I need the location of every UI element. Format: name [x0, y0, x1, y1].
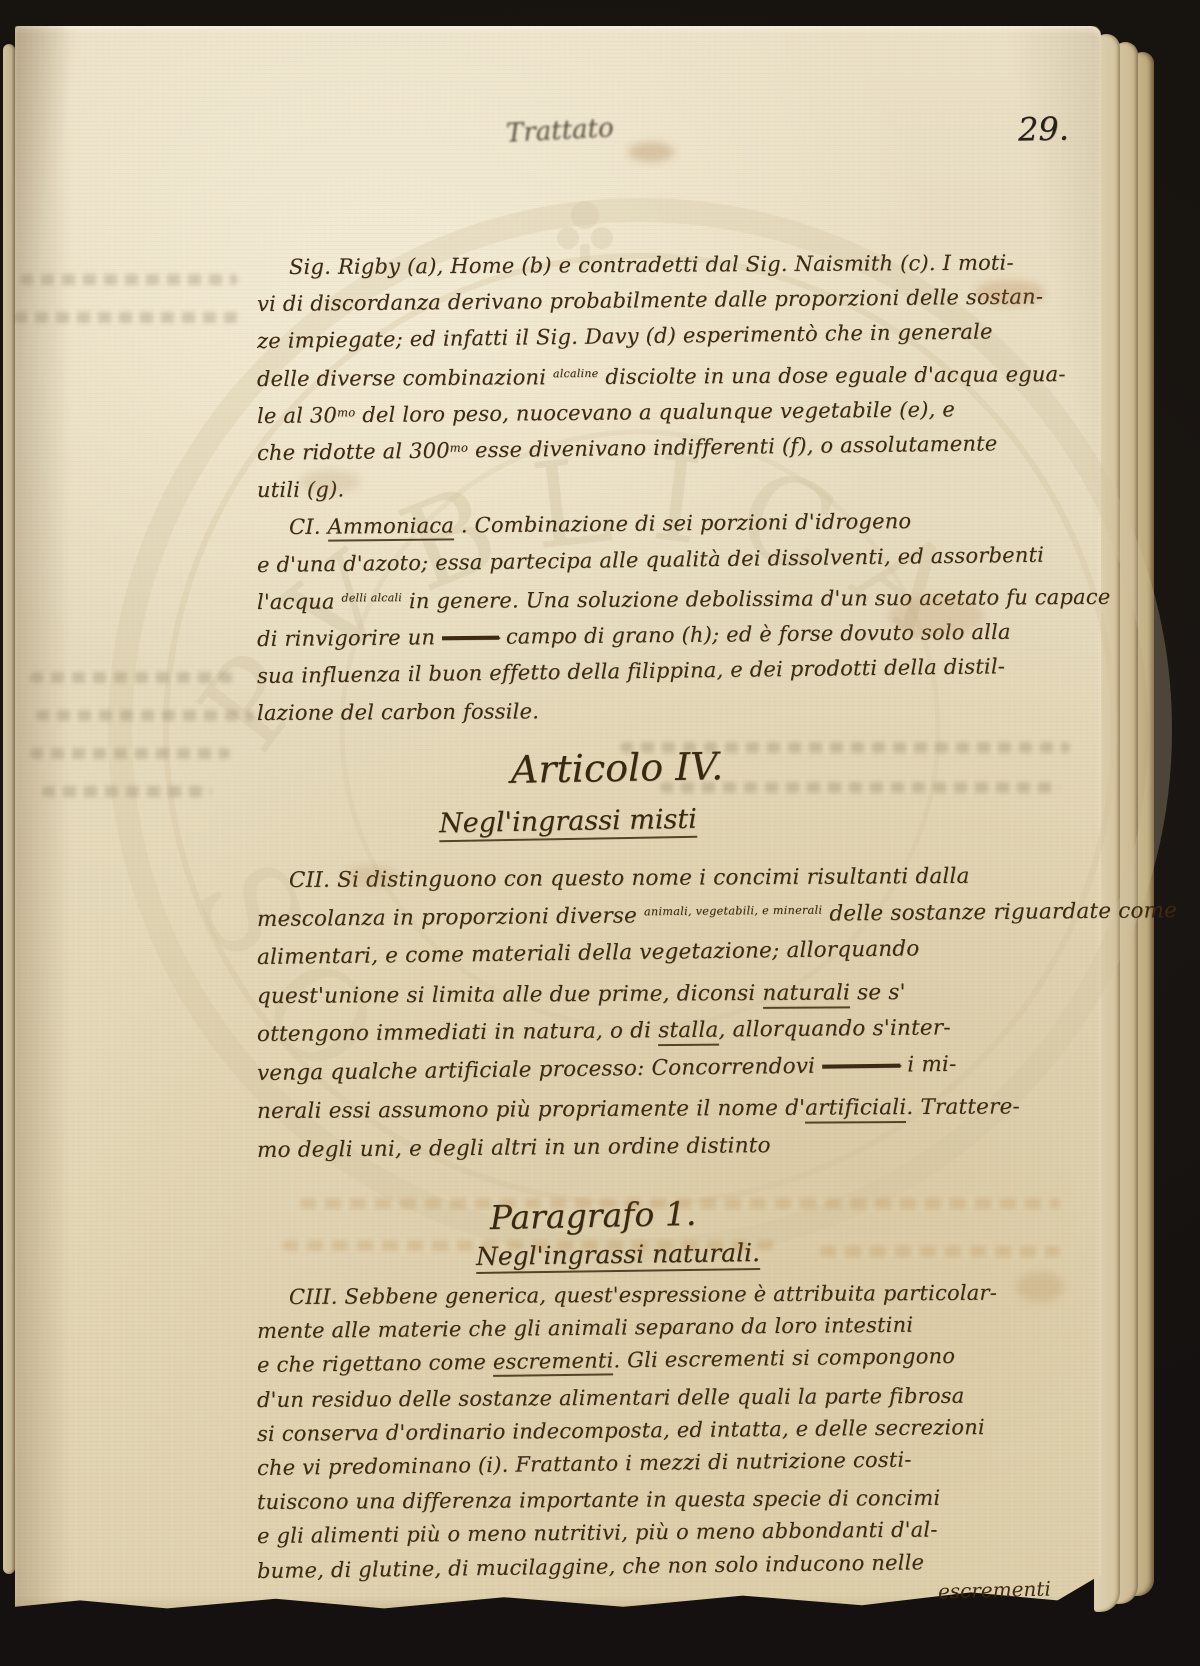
text-segment: CI. — [289, 515, 328, 539]
text-segment: nerali essi assumono più propriamente i… — [257, 1096, 805, 1124]
manuscript-line: lazione del carbon fossile. — [257, 700, 539, 726]
manuscript-line: CIII. Sebbene generica, quest'espression… — [289, 1281, 997, 1309]
manuscript-line: tuiscono una differenza importante in qu… — [257, 1486, 940, 1514]
text-segment: che ridotte al 300 — [257, 438, 450, 465]
manuscript-line: quest'unione si limita alle due prime, d… — [257, 980, 906, 1009]
manuscript-line: delle diverse combinazioni alcaline disc… — [257, 362, 1066, 391]
text-segment: mo — [337, 405, 355, 419]
text-segment: d'un residuo delle sostanze alimentari d… — [257, 1383, 965, 1411]
header-scribble: Trattato — [505, 113, 614, 149]
text-segment: mescolanza in proporzioni diverse — [257, 903, 644, 932]
heading-ingrassi-misti: Negl'ingrassi misti — [398, 803, 738, 840]
text-segment: mo degli uni, e degli altri in un ordine… — [257, 1133, 771, 1163]
page-edge-left — [3, 44, 15, 1574]
heading-paragrafo-1: Paragrafo 1. — [428, 1193, 759, 1239]
text-segment: artificiali — [805, 1095, 906, 1124]
text-segment: CII. Si distinguono con questo nome i co… — [289, 864, 970, 893]
text-segment: mo — [450, 440, 468, 454]
heading-articolo-iv: Articolo IV. — [432, 743, 803, 793]
heading-underline: Negl'ingrassi naturali. — [476, 1238, 760, 1274]
struck-out-word: ——— — [442, 625, 499, 650]
text-segment: utili (g). — [257, 478, 344, 503]
text-segment: ottengono immediati in natura, o di — [257, 1018, 658, 1047]
text-segment: . Gli escrementi si compongono — [613, 1344, 955, 1372]
text-segment: naturali — [762, 980, 850, 1009]
manuscript-line: l'acqua delli alcali in genere. Una solu… — [257, 585, 1111, 614]
manuscript-line: mo degli uni, e degli altri in un ordine… — [257, 1133, 771, 1163]
text-segment: se s' — [850, 980, 906, 1005]
text-segment: CIII. Sebbene generica, quest'espression… — [289, 1281, 997, 1309]
manuscript-line: Sig. Rigby (a), Home (b) e contradetti d… — [289, 251, 1014, 279]
text-segment: delle diverse combinazioni — [257, 365, 553, 391]
manuscript-line: utili (g). — [257, 478, 344, 503]
text-segment: , allorquando s'inter- — [718, 1015, 950, 1042]
text-segment: le al 30 — [257, 403, 337, 428]
text-segment: l'acqua — [257, 589, 342, 614]
gutter-shadow — [15, 26, 71, 1626]
text-segment: tuiscono una differenza importante in qu… — [257, 1486, 940, 1514]
text-segment: escrementi — [493, 1349, 614, 1378]
heading-ingrassi-naturali: Negl'ingrassi naturali. — [428, 1237, 808, 1271]
interlinear-insert: animali, vegetabili, e minerali — [644, 903, 822, 918]
text-segment: e che rigettano come — [257, 1350, 493, 1377]
manuscript-line: nerali essi assumono più propriamente i… — [257, 1094, 1020, 1124]
manuscript-line: d'un residuo delle sostanze alimentari d… — [257, 1383, 965, 1411]
text-segment: Sig. Rigby (a), Home (b) e contradetti d… — [289, 251, 1014, 279]
text-segment: disciolte in una dose eguale d'acqua egu… — [598, 362, 1065, 389]
interlinear-insert: delli alcali — [341, 591, 402, 604]
text-segment: lazione del carbon fossile. — [257, 700, 539, 726]
catchword: escrementi — [938, 1577, 1051, 1604]
text-segment: stalla — [658, 1018, 719, 1047]
heading-underline: Negl'ingrassi misti — [439, 804, 697, 842]
text-segment: quest'unione si limita alle due prime, d… — [257, 980, 763, 1008]
text-segment: campo di grano (h); ed è forse dovuto s… — [499, 620, 1011, 649]
interlinear-insert: alcaline — [553, 367, 599, 380]
page-number: 29. — [1018, 110, 1070, 149]
manuscript-line: CII. Si distinguono con questo nome i co… — [289, 864, 970, 893]
text-segment: Ammoniaca — [327, 514, 454, 542]
text-segment: . Combinazione di sei porzioni d'idrogen… — [454, 509, 912, 537]
photo-background: PVBLICA SO Trattato 29. Articolo IV. Neg… — [0, 0, 1200, 1666]
text-segment: di rinvigorire un — [257, 625, 442, 651]
text-segment: delle sostanze riguardate come — [822, 898, 1177, 926]
text-segment: . Trattere- — [906, 1094, 1020, 1120]
text-segment: i mi- — [900, 1051, 957, 1077]
text-segment: in genere. Una soluzione debolissima d'u… — [402, 585, 1110, 613]
struck-out-word: ———— — [822, 1052, 900, 1078]
